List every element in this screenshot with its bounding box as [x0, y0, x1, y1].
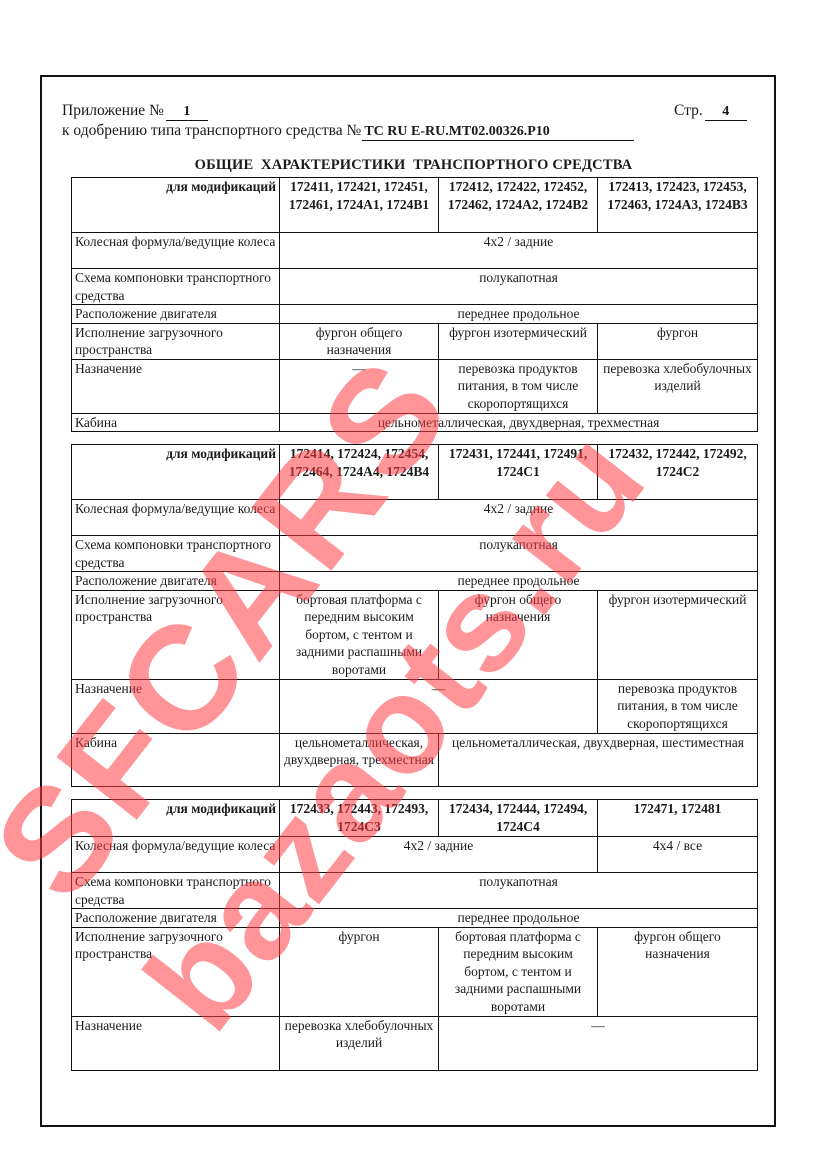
modification-cell: 172471, 172481	[598, 800, 758, 837]
value-cell: цельнометаллическая, двухдверная, трехме…	[280, 733, 439, 786]
table-row-wheel-formula: Колесная формула/ведущие колеса 4x2 / за…	[72, 233, 758, 269]
value-cell: фургон изотермический	[598, 590, 758, 679]
table-row-cab: Кабина цельнометаллическая, двухдверная,…	[72, 413, 758, 432]
row-label: Расположение двигателя	[72, 572, 280, 591]
page-label: Стр.	[674, 102, 703, 119]
row-label: Назначение	[72, 1016, 280, 1070]
modification-cell: 172433, 172443, 172493, 1724C3	[280, 800, 439, 837]
table-row-cargo: Исполнение загрузочного пространства фур…	[72, 927, 758, 1016]
row-label: Схема компоновки транспортного средства	[72, 269, 280, 305]
value-cell: —	[280, 359, 439, 413]
table-row-engine: Расположение двигателя переднее продольн…	[72, 909, 758, 928]
table-row-layout: Схема компоновки транспортного средства …	[72, 873, 758, 909]
row-label: Назначение	[72, 359, 280, 413]
table-row-engine: Расположение двигателя переднее продольн…	[72, 305, 758, 324]
value-cell: —	[439, 1016, 758, 1070]
value-cell: фургон общего назначения	[280, 323, 439, 359]
value-cell: фургон общего назначения	[439, 590, 598, 679]
appendix-line: Приложение №1	[62, 102, 208, 121]
value-cell: перевозка хлебобулочных изделий	[598, 359, 758, 413]
table-row-cab: Кабина цельнометаллическая, двухдверная,…	[72, 733, 758, 786]
table-row-cargo: Исполнение загрузочного пространства бор…	[72, 590, 758, 679]
approval-number: TC RU E-RU.MT02.00326.P10	[362, 124, 634, 141]
row-label: для модификаций	[72, 178, 280, 233]
modification-cell: 172434, 172444, 172494, 1724C4	[439, 800, 598, 837]
table-row-purpose: Назначение перевозка хлебобулочных издел…	[72, 1016, 758, 1070]
row-label: Колесная формула/ведущие колеса	[72, 233, 280, 269]
value-cell: фургон	[280, 927, 439, 1016]
table-row-layout: Схема компоновки транспортного средства …	[72, 536, 758, 572]
table-row-wheel-formula: Колесная формула/ведущие колеса 4x2 / за…	[72, 500, 758, 536]
row-label: Схема компоновки транспортного средства	[72, 536, 280, 572]
appendix-number: 1	[166, 104, 208, 121]
modification-cell: 172414, 172424, 172454, 172464, 1724A4, …	[280, 445, 439, 500]
page-number: 4	[705, 104, 747, 121]
row-label: Расположение двигателя	[72, 305, 280, 324]
table-row-engine: Расположение двигателя переднее продольн…	[72, 572, 758, 591]
row-label: Исполнение загрузочного пространства	[72, 323, 280, 359]
row-label: Расположение двигателя	[72, 909, 280, 928]
value-cell: перевозка хлебобулочных изделий	[280, 1016, 439, 1070]
table-row-modifications: для модификаций 172433, 172443, 172493, …	[72, 800, 758, 837]
table-row-purpose: Назначение — перевозка продуктов питания…	[72, 679, 758, 733]
modification-cell: 172412, 172422, 172452, 172462, 1724A2, …	[439, 178, 598, 233]
row-label: Схема компоновки транспортного средства	[72, 873, 280, 909]
value-cell: переднее продольное	[280, 909, 758, 928]
value-cell: цельнометаллическая, двухдверная, шестим…	[439, 733, 758, 786]
row-label: для модификаций	[72, 445, 280, 500]
spec-table-1: для модификаций 172411, 172421, 172451, …	[71, 177, 758, 432]
table-row-wheel-formula: Колесная формула/ведущие колеса 4x2 / за…	[72, 837, 758, 873]
row-label: для модификаций	[72, 800, 280, 837]
modification-cell: 172431, 172441, 172491, 1724C1	[439, 445, 598, 500]
value-cell: переднее продольное	[280, 572, 758, 591]
value-cell: перевозка продуктов питания, в том числе…	[439, 359, 598, 413]
approval-line: к одобрению типа транспортного средства …	[62, 122, 634, 141]
row-label: Кабина	[72, 413, 280, 432]
page-number-line: Стр.4	[674, 102, 747, 121]
row-label: Исполнение загрузочного пространства	[72, 927, 280, 1016]
value-cell: 4x2 / задние	[280, 837, 598, 873]
table-row-purpose: Назначение — перевозка продуктов питания…	[72, 359, 758, 413]
value-cell: полукапотная	[280, 873, 758, 909]
spec-table-3: для модификаций 172433, 172443, 172493, …	[71, 799, 758, 1071]
table-row-layout: Схема компоновки транспортного средства …	[72, 269, 758, 305]
value-cell: 4x2 / задние	[280, 233, 758, 269]
value-cell: перевозка продуктов питания, в том числе…	[598, 679, 758, 733]
value-cell: бортовая платформа с передним высоким бо…	[439, 927, 598, 1016]
spec-table-2: для модификаций 172414, 172424, 172454, …	[71, 444, 758, 787]
modification-cell: 172411, 172421, 172451, 172461, 1724A1, …	[280, 178, 439, 233]
value-cell: фургон изотермический	[439, 323, 598, 359]
value-cell: 4x2 / задние	[280, 500, 758, 536]
value-cell: фургон общего назначения	[598, 927, 758, 1016]
modification-cell: 172432, 172442, 172492, 1724C2	[598, 445, 758, 500]
row-label: Назначение	[72, 679, 280, 733]
value-cell: фургон	[598, 323, 758, 359]
row-label: Колесная формула/ведущие колеса	[72, 500, 280, 536]
table-row-modifications: для модификаций 172411, 172421, 172451, …	[72, 178, 758, 233]
value-cell: полукапотная	[280, 269, 758, 305]
table-row-modifications: для модификаций 172414, 172424, 172454, …	[72, 445, 758, 500]
value-cell: —	[280, 679, 598, 733]
value-cell: полукапотная	[280, 536, 758, 572]
value-cell: 4x4 / все	[598, 837, 758, 873]
table-row-cargo: Исполнение загрузочного пространства фур…	[72, 323, 758, 359]
approval-label: к одобрению типа транспортного средства …	[62, 122, 361, 139]
appendix-label: Приложение №	[62, 102, 164, 119]
row-label: Исполнение загрузочного пространства	[72, 590, 280, 679]
value-cell: переднее продольное	[280, 305, 758, 324]
modification-cell: 172413, 172423, 172453, 172463, 1724A3, …	[598, 178, 758, 233]
row-label: Кабина	[72, 733, 280, 786]
row-label: Колесная формула/ведущие колеса	[72, 837, 280, 873]
value-cell: цельнометаллическая, двухдверная, трехме…	[280, 413, 758, 432]
document-title: ОБЩИЕ ХАРАКТЕРИСТИКИ ТРАНСПОРТНОГО СРЕДС…	[71, 157, 756, 174]
value-cell: бортовая платформа с передним высоким бо…	[280, 590, 439, 679]
